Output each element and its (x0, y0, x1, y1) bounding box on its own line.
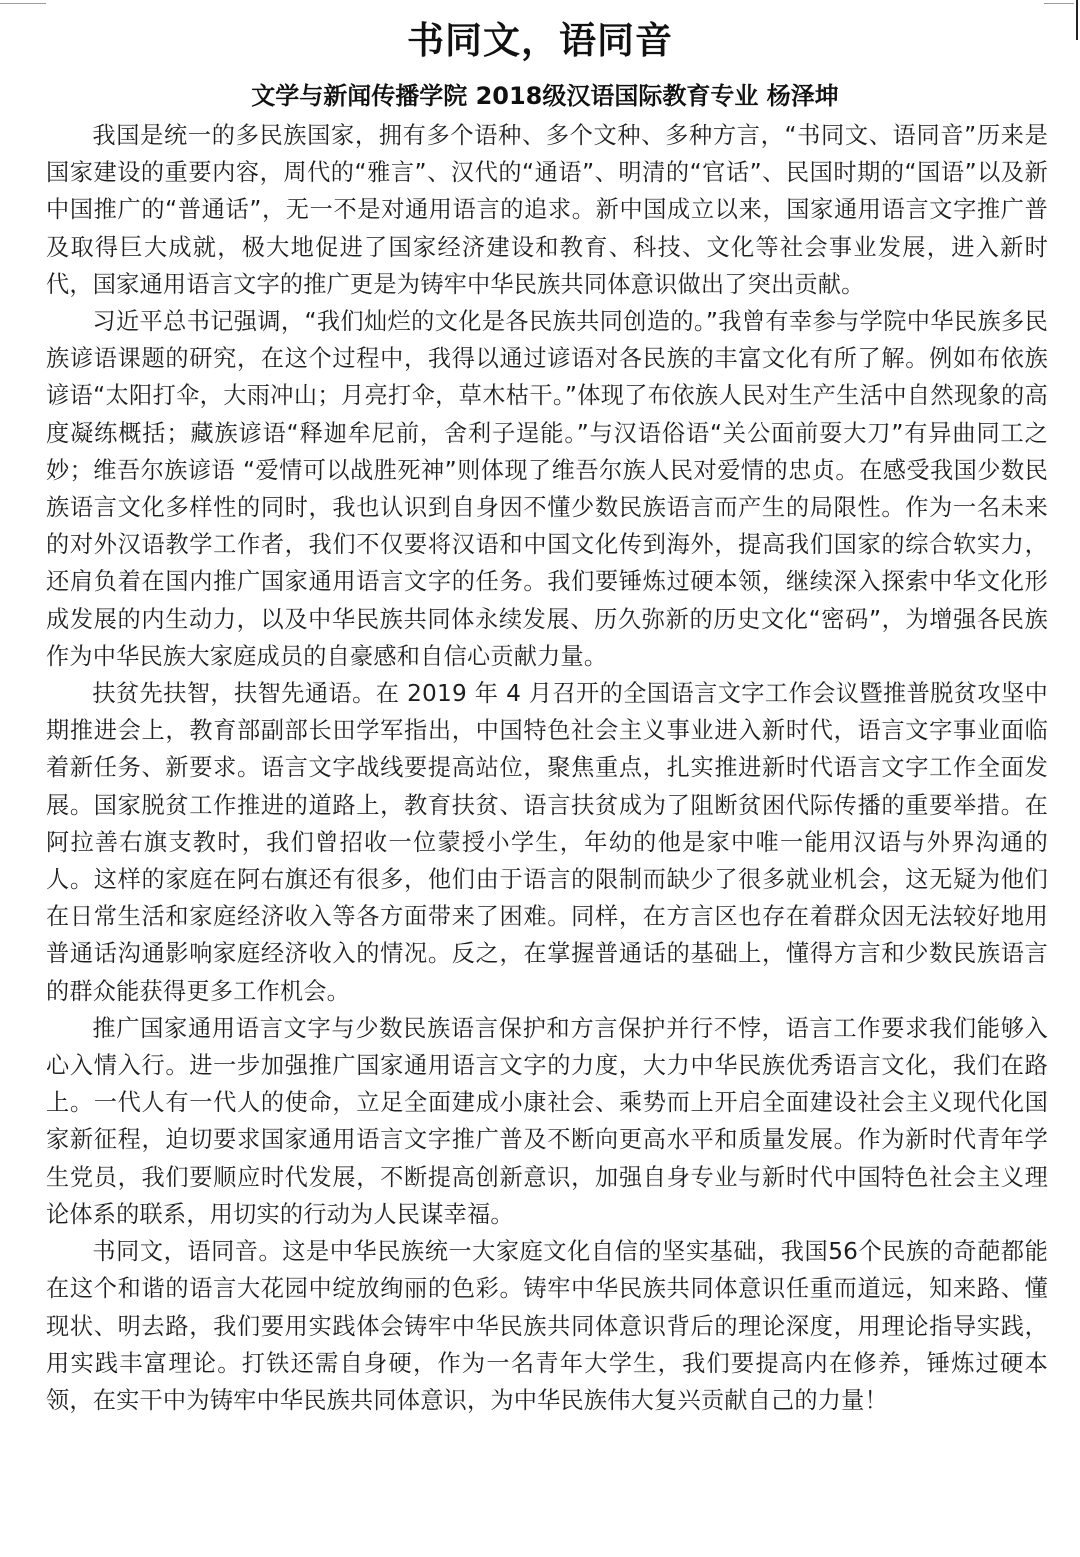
paragraph-3: 扶贫先扶智，扶智先通语。在 2019 年 4 月召开的全国语言文字工作会议暨推普… (46, 675, 1048, 1010)
paragraph-5: 书同文，语同音。这是中华民族统一大家庭文化自信的坚实基础，我国56个民族的奇葩都… (46, 1233, 1048, 1419)
paragraph-4: 推广国家通用语言文字与少数民族语言保护和方言保护并行不悖，语言工作要求我们能够入… (46, 1010, 1048, 1233)
paragraph-1: 我国是统一的多民族国家，拥有多个语种、多个文种、多种方言，“书同文、语同音”历来… (46, 117, 1048, 303)
author-byline: 文学与新闻传播学院 2018级汉语国际教育专业 杨泽坤 (0, 80, 1080, 112)
top-left-crop-mark (0, 3, 46, 4)
paragraph-2: 习近平总书记强调，“我们灿烂的文化是各民族共同创造的。”我曾有幸参与学院中华民族… (46, 303, 1048, 675)
document-body: 我国是统一的多民族国家，拥有多个语种、多个文种、多种方言，“书同文、语同音”历来… (46, 117, 1048, 1419)
document-title: 书同文，语同音 (0, 18, 1080, 64)
top-right-crop-mark (1044, 3, 1074, 4)
